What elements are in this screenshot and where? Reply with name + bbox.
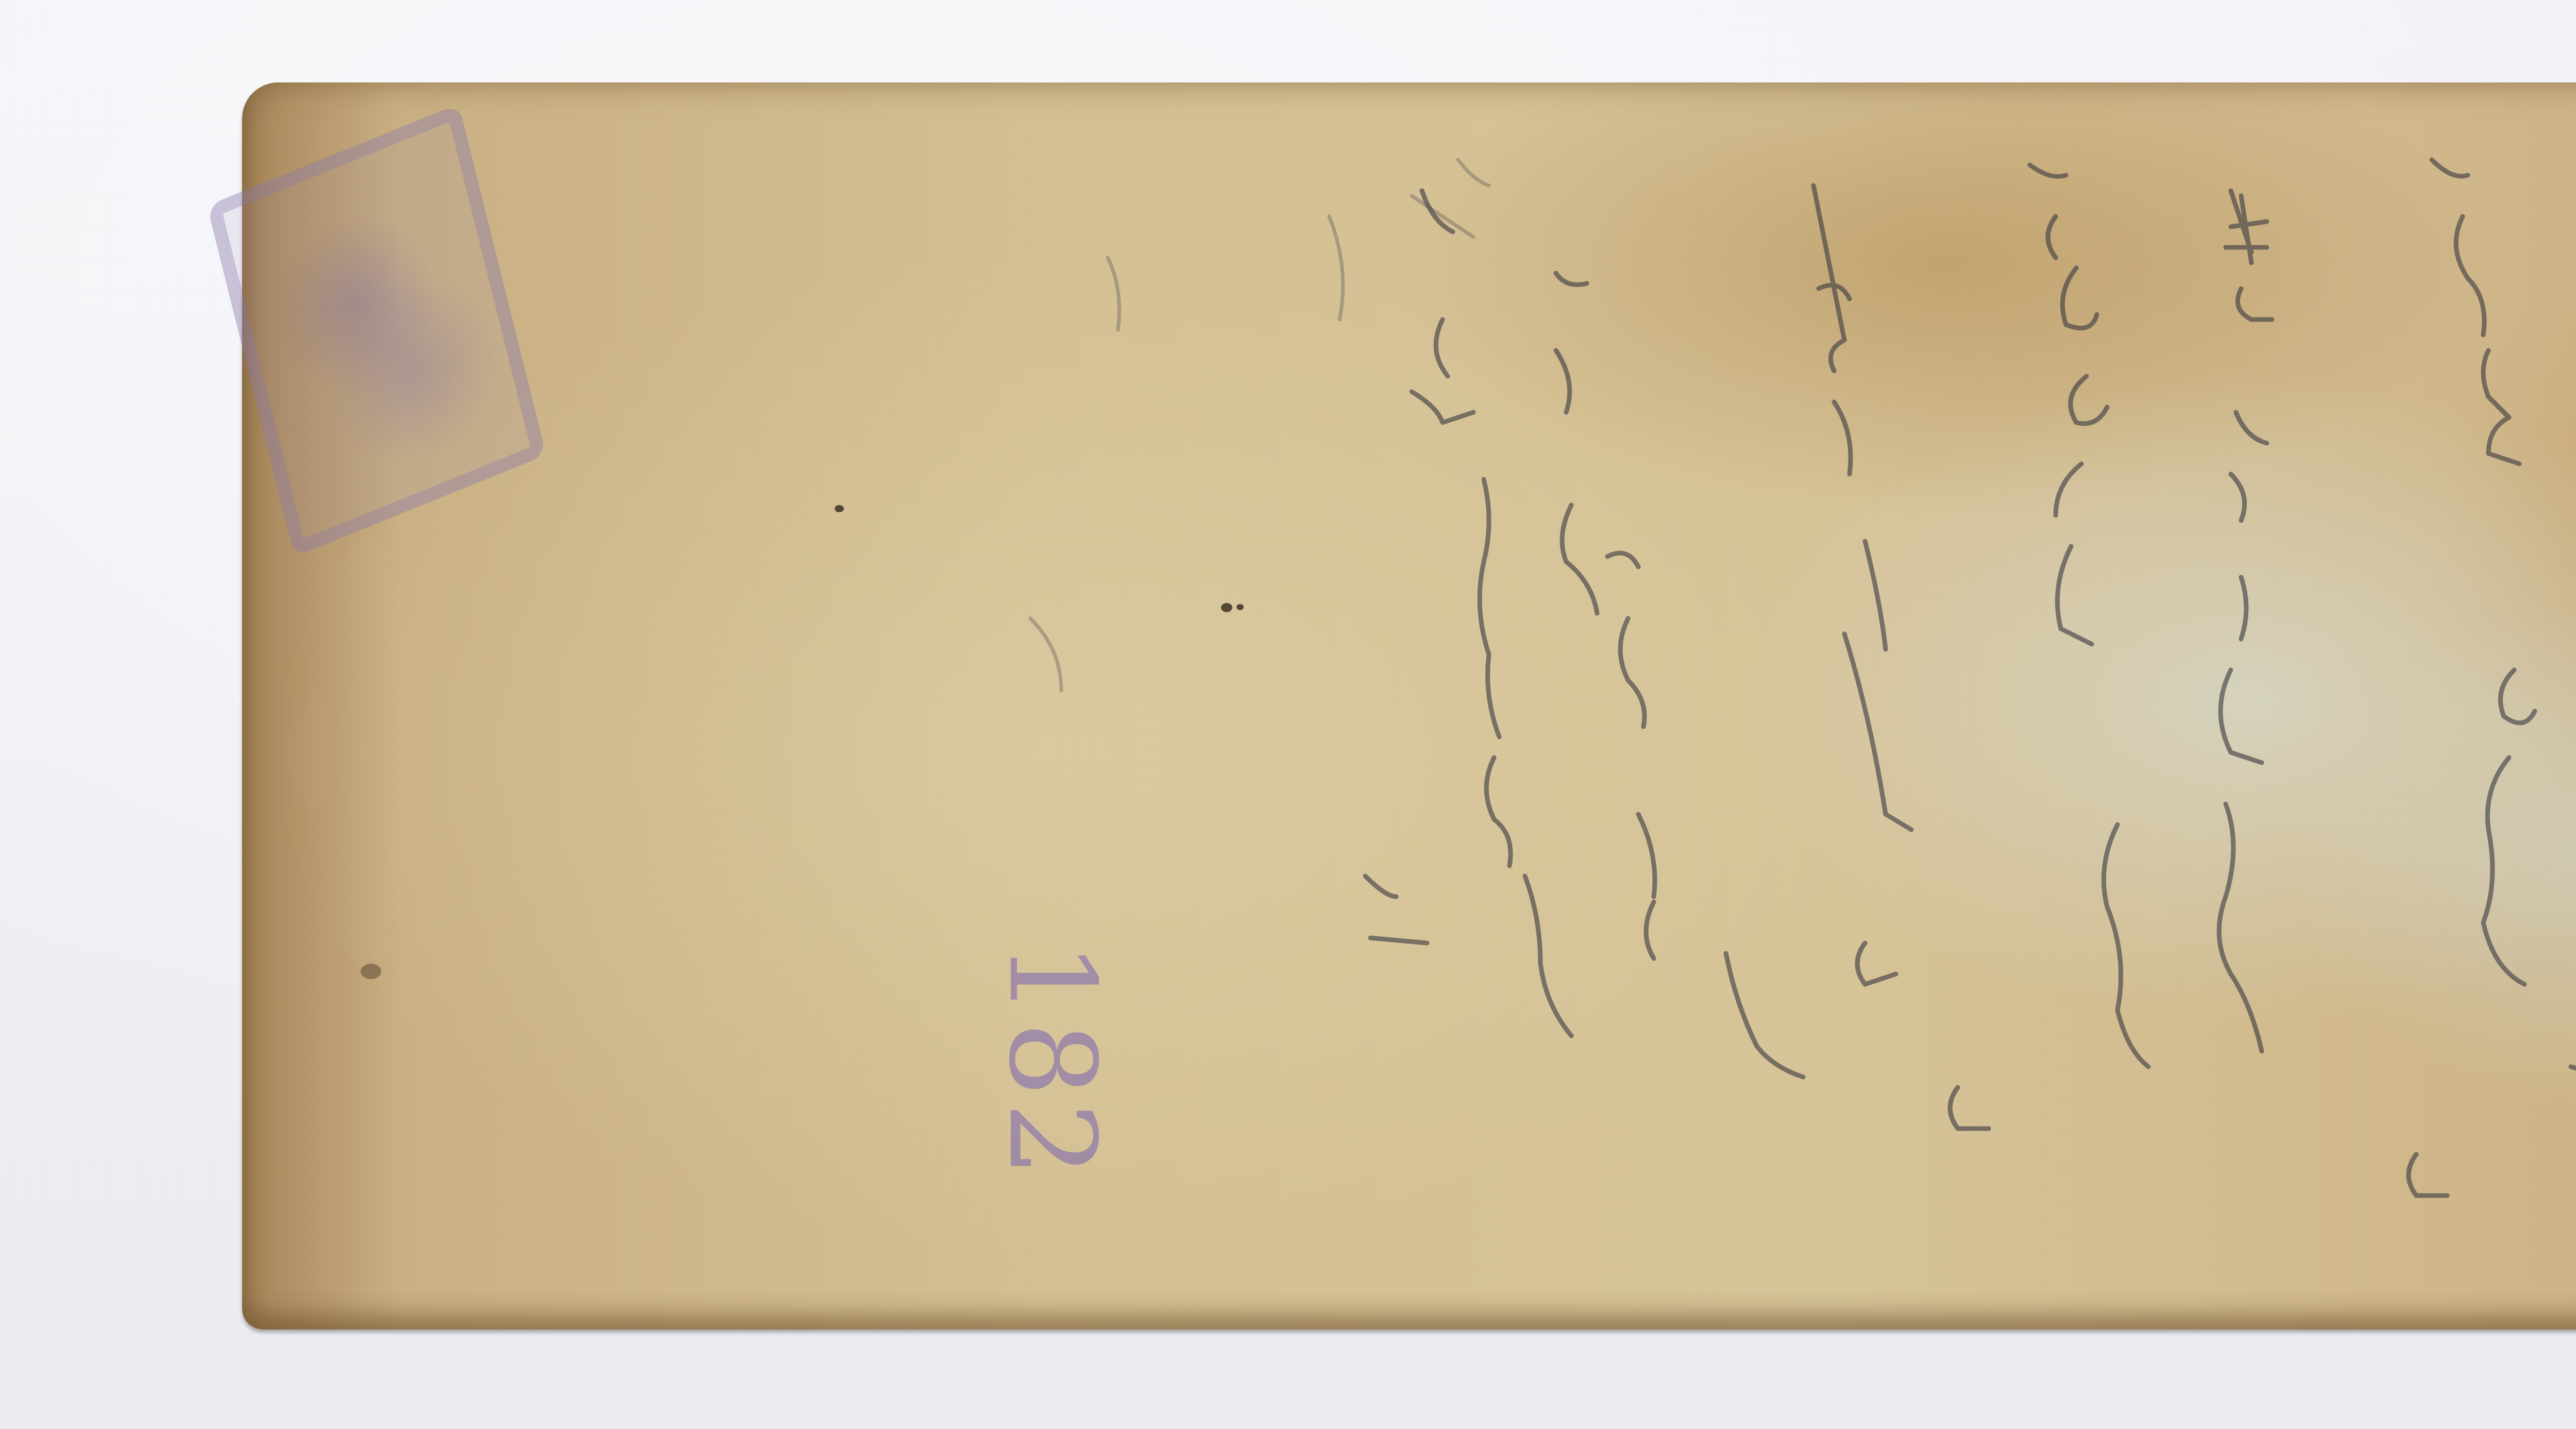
pencil-handwriting xyxy=(0,0,2576,1429)
ink-spot xyxy=(1221,603,1232,612)
ink-spot xyxy=(835,505,844,512)
ink-spot xyxy=(1236,604,1244,610)
ink-spot xyxy=(361,964,381,979)
